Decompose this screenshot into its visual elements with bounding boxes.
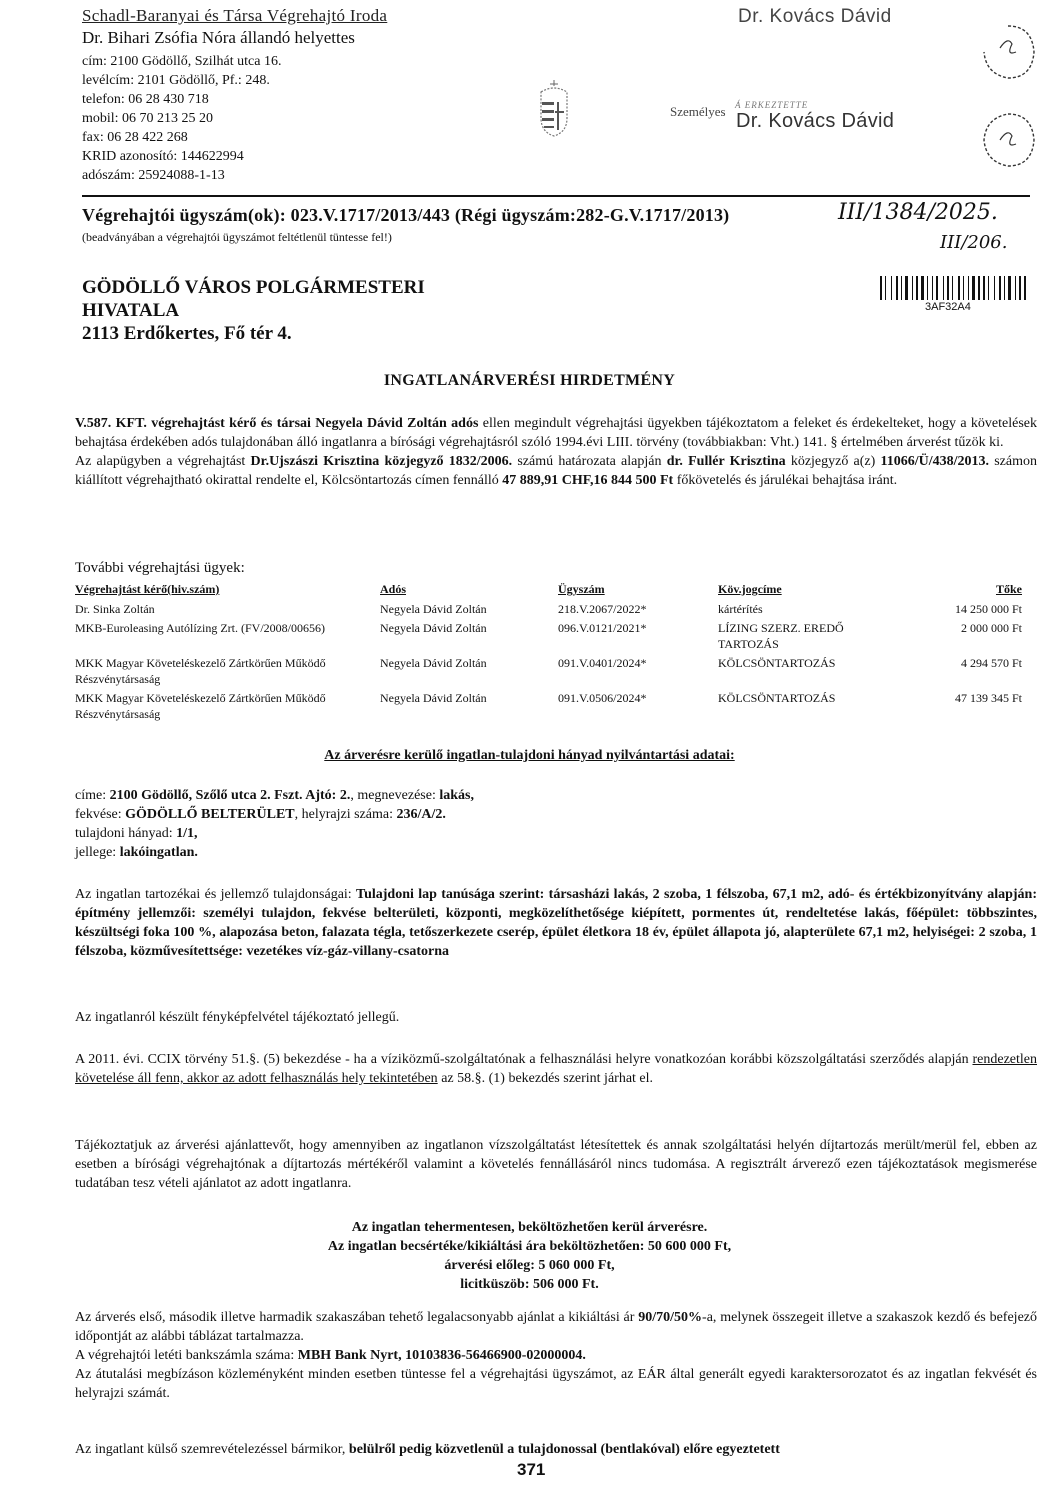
table-cell: LÍZING SZERZ. EREDŐ TARTOZÁS [718, 620, 888, 655]
info-note: Tájékoztatjuk az árverési ajánlattevőt, … [75, 1136, 1037, 1193]
pricing-block: Az ingatlan tehermentesen, beköltözhetőe… [0, 1218, 1059, 1294]
property-section-heading: Az árverésre kerülő ingatlan-tulajdoni h… [0, 748, 1059, 764]
signature-name-top: Dr. Kovács Dávid [738, 6, 892, 28]
basis-text: főkövetelés és járulékai behajtása iránt… [673, 473, 897, 488]
features-lead: Az ingatlan tartozékai és jellemző tulaj… [75, 887, 356, 902]
label: címe: [75, 788, 110, 803]
seal-stamp-icon [978, 110, 1038, 170]
header-divider [82, 195, 1030, 197]
address-line: cím: 2100 Gödöllő, Szilhát utca 16. [82, 52, 281, 71]
mobile-line: mobil: 06 70 213 25 20 [82, 109, 213, 128]
basis-text: Az alapügyben a végrehajtást [75, 454, 251, 469]
handwritten-registration-number: III/1384/2025. [838, 200, 998, 225]
addressee: GÖDÖLLŐ VÁROS POLGÁRMESTERI HIVATALA 211… [82, 276, 425, 345]
table-cell: KÖLCSÖNTARTOZÁS [718, 655, 888, 690]
column-legal-title: Köv.jogcíme [718, 580, 888, 601]
value: lakás, [439, 788, 474, 803]
notary-2: dr. Fullér Krisztina [667, 454, 786, 469]
table-cell: Negyela Dávid Zoltán [380, 601, 558, 620]
auction-stages-note: Az árverés első, második illetve harmadi… [75, 1308, 1037, 1403]
table-cell: MKK Magyar Követeléskezelő Zártkörűen Mű… [75, 690, 380, 725]
table-cell: MKB-Euroleasing Autólízing Zrt. (FV/2008… [75, 620, 380, 655]
table-cell: KÖLCSÖNTARTOZÁS [718, 690, 888, 725]
document-title: INGATLANÁRVERÉSI HIRDETMÉNY [0, 372, 1059, 390]
seal-stamp-icon [978, 22, 1038, 82]
label: tulajdoni hányad: [75, 826, 176, 841]
fax-line: fax: 06 28 422 268 [82, 128, 188, 147]
property-address: címe: 2100 Gödöllő, Szőlő utca 2. Fszt. … [75, 786, 474, 805]
value: 1/1, [176, 826, 197, 841]
label: jellege: [75, 845, 120, 860]
transfer-note: Az átutalási megbízáson közleményként mi… [75, 1367, 1037, 1401]
case-number-note: (beadványában a végrehajtói ügyszámot fe… [82, 230, 392, 245]
bank-account: MBH Bank Nyrt, 10103836-56466900-0200000… [298, 1348, 586, 1363]
property-type: jellege: lakóingatlan. [75, 843, 198, 862]
table-row: MKK Magyar Követeléskezelő Zártkörűen Mű… [75, 655, 1022, 690]
table-cell: 096.V.0121/2021* [558, 620, 718, 655]
value: 236/A/2. [396, 807, 445, 822]
coat-of-arms-icon [536, 78, 572, 138]
column-debtor: Adós [380, 580, 558, 601]
bid-increment: licitküszöb: 506 000 Ft. [0, 1275, 1059, 1294]
property-location: fekvése: GÖDÖLLŐ BELTERÜLET, helyrajzi s… [75, 805, 446, 824]
deputy-name: Dr. Bihari Zsófia Nóra állandó helyettes [82, 28, 355, 48]
table-cell: 091.V.0506/2024* [558, 690, 718, 725]
barcode-icon [880, 276, 1026, 300]
value: GÖDÖLLŐ BELTERÜLET [125, 807, 294, 822]
law-text: A 2011. évi. CCIX törvény 51.§. (5) beke… [75, 1052, 972, 1067]
property-features: Az ingatlan tartozékai és jellemző tulaj… [75, 885, 1037, 961]
table-cell: 4 294 570 Ft [888, 655, 1022, 690]
table-cell: Negyela Dávid Zoltán [380, 620, 558, 655]
addressee-address: 2113 Erdőkertes, Fő tér 4. [82, 322, 425, 345]
intro-paragraph: V.587. KFT. végrehajtást kérő és társai … [75, 414, 1037, 490]
office-name: Schadl-Baranyai és Társa Végrehajtó Irod… [82, 6, 387, 26]
handwritten-subnumber: III/206. [940, 232, 1007, 253]
table-cell: 2 000 000 Ft [888, 620, 1022, 655]
stage-percentages: 90/70/50% [638, 1310, 702, 1325]
photo-note: Az ingatlanról készült fényképfelvétel t… [75, 1008, 1037, 1027]
table-cell: Negyela Dávid Zoltán [380, 690, 558, 725]
phone-line: telefon: 06 28 430 718 [82, 90, 209, 109]
table-cell: 47 139 345 Ft [888, 690, 1022, 725]
received-stamp-text: Á ERKEZTETTE [735, 100, 808, 110]
inspection-text-bold: belülről pedig közvetlenül a tulajdonoss… [349, 1442, 780, 1457]
notary-1: Dr.Ujszászi Krisztina közjegyző 1832/200… [251, 454, 513, 469]
other-cases-table: Végrehajtást kérő(hiv.szám)AdósÜgyszámKö… [75, 580, 1022, 725]
property-share: tulajdoni hányad: 1/1, [75, 824, 197, 843]
addressee-line-1: GÖDÖLLŐ VÁROS POLGÁRMESTERI [82, 276, 425, 299]
appraised-value: Az ingatlan becsértéke/kikiáltási ára be… [0, 1237, 1059, 1256]
postal-address-line: levélcím: 2101 Gödöllő, Pf.: 248. [82, 71, 270, 90]
table-row: Dr. Sinka ZoltánNegyela Dávid Zoltán218.… [75, 601, 1022, 620]
deed-number: 11066/Ü/438/2013. [881, 454, 990, 469]
auction-deposit: árverési előleg: 5 060 000 Ft, [0, 1256, 1059, 1275]
other-cases-heading: További végrehajtási ügyek: [75, 560, 245, 577]
table-row: MKB-Euroleasing Autólízing Zrt. (FV/2008… [75, 620, 1022, 655]
label: , helyrajzi száma: [295, 807, 397, 822]
table-cell: MKK Magyar Követeléskezelő Zártkörűen Mű… [75, 655, 380, 690]
table-row: MKK Magyar Követeléskezelő Zártkörűen Mű… [75, 690, 1022, 725]
column-creditor: Végrehajtást kérő(hiv.szám) [75, 580, 380, 601]
table-cell: Negyela Dávid Zoltán [380, 655, 558, 690]
table-cell: 091.V.0401/2024* [558, 655, 718, 690]
bank-label: A végrehajtói letéti bankszámla száma: [75, 1348, 298, 1363]
basis-text: számú határozata alapján [512, 454, 667, 469]
value: 2100 Gödöllő, Szőlő utca 2. Fszt. Ajtó: … [110, 788, 351, 803]
table-cell: Dr. Sinka Zoltán [75, 601, 380, 620]
table-cell: 218.V.2067/2022* [558, 601, 718, 620]
parties: V.587. KFT. végrehajtást kérő és társai … [75, 416, 478, 431]
column-case-number: Ügyszám [558, 580, 718, 601]
label: , megnevezése: [350, 788, 439, 803]
encumbrance-note: Az ingatlan tehermentesen, beköltözhetőe… [0, 1218, 1059, 1237]
table-cell: kártérítés [718, 601, 888, 620]
tax-number-line: adószám: 25924088-1-13 [82, 166, 225, 185]
law-text: az 58.§. (1) bekezdés szerint járhat el. [438, 1071, 653, 1086]
barcode-text: 3AF32A4 [925, 301, 971, 313]
krid-line: KRID azonosító: 144622994 [82, 147, 244, 166]
value: lakóingatlan. [120, 845, 198, 860]
label: fekvése: [75, 807, 125, 822]
inspection-note: Az ingatlant külső szemrevételezéssel bá… [75, 1440, 1037, 1459]
column-principal: Tőke [888, 580, 1022, 601]
table-cell: 14 250 000 Ft [888, 601, 1022, 620]
inspection-text: Az ingatlant külső szemrevételezéssel bá… [75, 1442, 349, 1457]
water-utility-law-note: A 2011. évi. CCIX törvény 51.§. (5) beke… [75, 1050, 1037, 1088]
principal-claim: 47 889,91 CHF,16 844 500 Ft [502, 473, 673, 488]
stages-text: Az árverés első, második illetve harmadi… [75, 1310, 638, 1325]
signature-label: Személyes [670, 104, 726, 120]
case-number: Végrehajtói ügyszám(ok): 023.V.1717/2013… [82, 205, 729, 226]
addressee-line-2: HIVATALA [82, 299, 425, 322]
basis-text: közjegyző a(z) [786, 454, 881, 469]
page-number: 371 [517, 1460, 545, 1480]
signature-name-personal: Dr. Kovács Dávid [736, 110, 894, 133]
